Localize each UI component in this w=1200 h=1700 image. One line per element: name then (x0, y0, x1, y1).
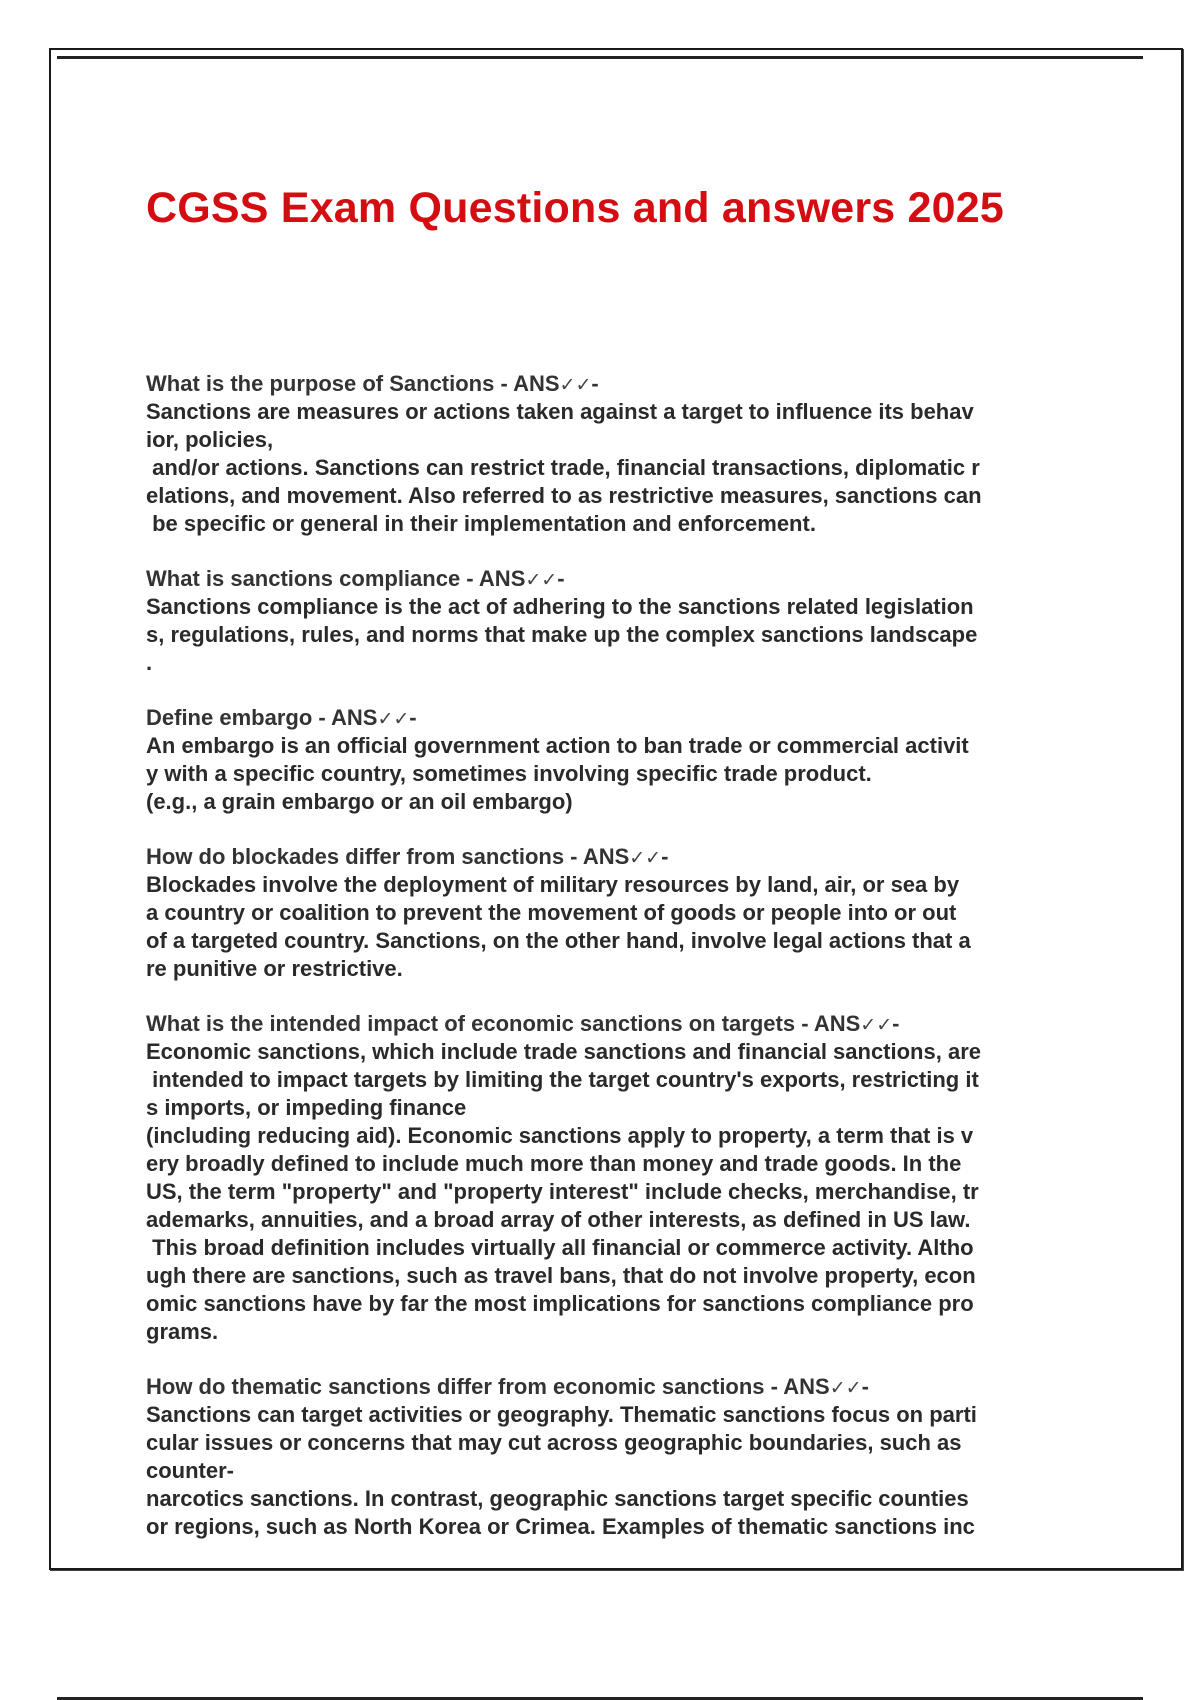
question-line: What is the intended impact of economic … (146, 1010, 1096, 1038)
answer-line: omic sanctions have by far the most impl… (146, 1290, 1096, 1318)
answer-line: be specific or general in their implemen… (146, 510, 1096, 538)
answer-marker: ANS (583, 844, 629, 869)
double-check-icon: ✓✓ (860, 1015, 892, 1036)
dash-separator: - (409, 705, 416, 730)
answer-line: Sanctions compliance is the act of adher… (146, 593, 1096, 621)
dash-separator: - (591, 371, 598, 396)
answer-marker: ANS (479, 566, 525, 591)
answer-line: or regions, such as North Korea or Crime… (146, 1513, 1096, 1541)
question-line: How do thematic sanctions differ from ec… (146, 1373, 1096, 1401)
answer-line: (including reducing aid). Economic sanct… (146, 1122, 1096, 1150)
double-check-icon: ✓✓ (377, 709, 409, 730)
question-text: Define embargo - (146, 705, 331, 730)
answer-line: of a targeted country. Sanctions, on the… (146, 927, 1096, 955)
qa-item: How do blockades differ from sanctions -… (146, 843, 1096, 983)
answer-line: This broad definition includes virtually… (146, 1234, 1096, 1262)
answer-marker: ANS (814, 1011, 860, 1036)
question-line: Define embargo - ANS✓✓- (146, 704, 1096, 732)
dash-separator: - (862, 1374, 869, 1399)
dash-separator: - (557, 566, 564, 591)
answer-line: Sanctions can target activities or geogr… (146, 1401, 1096, 1429)
answer-line: s imports, or impeding finance (146, 1094, 1096, 1122)
answer-line: An embargo is an official government act… (146, 732, 1096, 760)
answer-line: (e.g., a grain embargo or an oil embargo… (146, 788, 1096, 816)
answer-line: a country or coalition to prevent the mo… (146, 899, 1096, 927)
answer-line: ugh there are sanctions, such as travel … (146, 1262, 1096, 1290)
qa-item: What is sanctions compliance - ANS✓✓- Sa… (146, 565, 1096, 677)
answer-marker: ANS (783, 1374, 829, 1399)
answer-line: re punitive or restrictive. (146, 955, 1096, 983)
answer-line: s, regulations, rules, and norms that ma… (146, 621, 1096, 649)
answer-line: US, the term "property" and "property in… (146, 1178, 1096, 1206)
question-line: What is the purpose of Sanctions - ANS✓✓… (146, 370, 1096, 398)
qa-item: What is the purpose of Sanctions - ANS✓✓… (146, 370, 1096, 538)
dash-separator: - (892, 1011, 899, 1036)
question-line: What is sanctions compliance - ANS✓✓- (146, 565, 1096, 593)
question-text: How do thematic sanctions differ from ec… (146, 1374, 783, 1399)
answer-line: Blockades involve the deployment of mili… (146, 871, 1096, 899)
answer-line: grams. (146, 1318, 1096, 1346)
qa-item: What is the intended impact of economic … (146, 1010, 1096, 1346)
answer-line: Sanctions are measures or actions taken … (146, 398, 1096, 426)
dash-separator: - (661, 844, 668, 869)
answer-line: intended to impact targets by limiting t… (146, 1066, 1096, 1094)
answer-line: counter- (146, 1457, 1096, 1485)
answer-marker: ANS (331, 705, 377, 730)
question-line: How do blockades differ from sanctions -… (146, 843, 1096, 871)
answer-marker: ANS (513, 371, 559, 396)
answer-line: and/or actions. Sanctions can restrict t… (146, 454, 1096, 482)
answer-line: elations, and movement. Also referred to… (146, 482, 1096, 510)
double-check-icon: ✓✓ (629, 848, 661, 869)
document-title: CGSS Exam Questions and answers 2025 (146, 184, 1004, 233)
qa-item: How do thematic sanctions differ from ec… (146, 1373, 1096, 1541)
question-text: What is the intended impact of economic … (146, 1011, 814, 1036)
header-rule (57, 56, 1143, 59)
double-check-icon: ✓✓ (830, 1378, 862, 1399)
answer-line: ery broadly defined to include much more… (146, 1150, 1096, 1178)
question-text: What is sanctions compliance - (146, 566, 479, 591)
question-text: What is the purpose of Sanctions - (146, 371, 513, 396)
answer-line: . (146, 649, 1096, 677)
answer-line: narcotics sanctions. In contrast, geogra… (146, 1485, 1096, 1513)
double-check-icon: ✓✓ (525, 570, 557, 591)
qa-item: Define embargo - ANS✓✓- An embargo is an… (146, 704, 1096, 816)
qa-list: What is the purpose of Sanctions - ANS✓✓… (146, 370, 1096, 1568)
answer-line: Economic sanctions, which include trade … (146, 1038, 1096, 1066)
answer-line: ior, policies, (146, 426, 1096, 454)
double-check-icon: ✓✓ (560, 375, 592, 396)
answer-line: cular issues or concerns that may cut ac… (146, 1429, 1096, 1457)
answer-line: y with a specific country, sometimes inv… (146, 760, 1096, 788)
question-text: How do blockades differ from sanctions - (146, 844, 583, 869)
answer-line: ademarks, annuities, and a broad array o… (146, 1206, 1096, 1234)
